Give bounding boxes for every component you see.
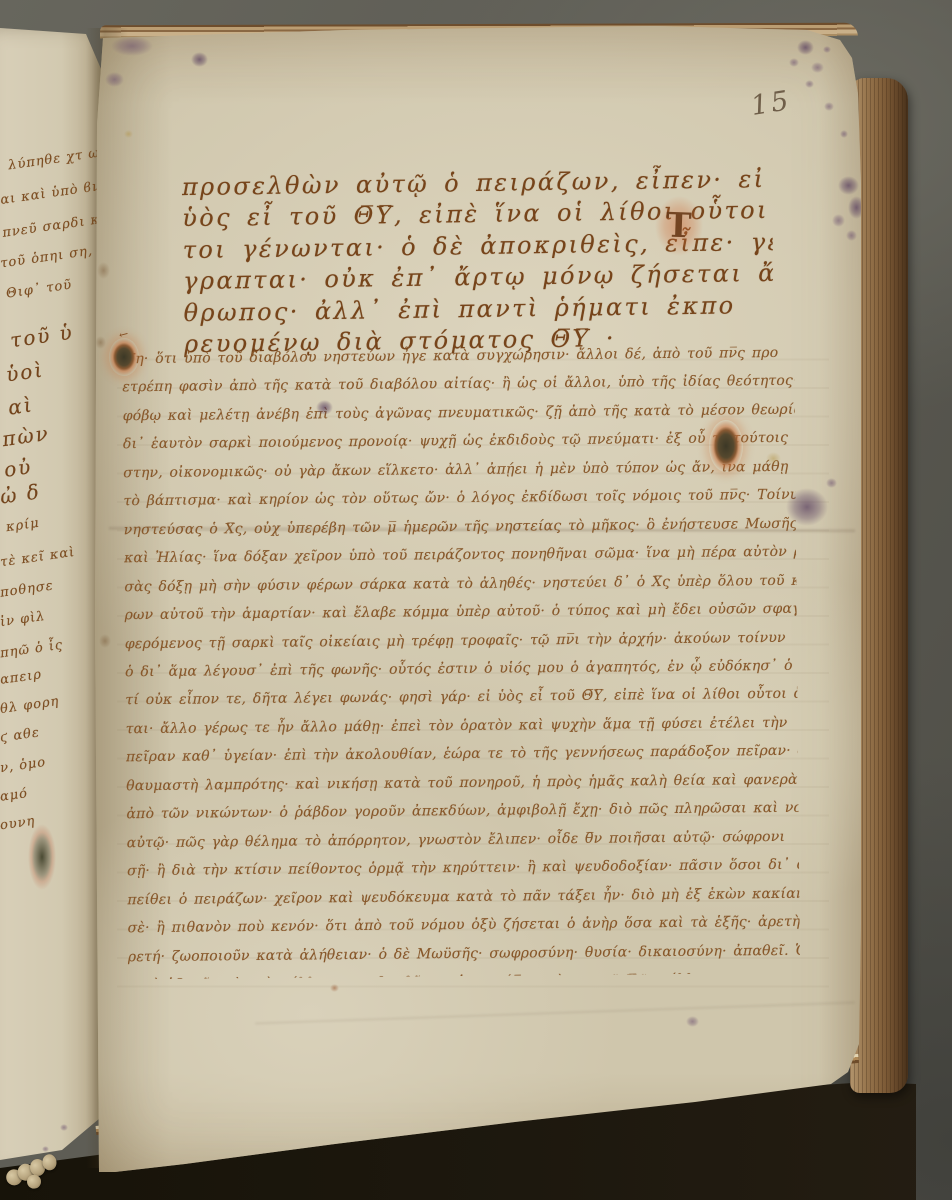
left-page-fragment: απειρ	[0, 667, 43, 688]
mold-stain	[846, 230, 857, 241]
mold-stain	[111, 36, 153, 56]
left-page-fragment: πὼν	[1, 421, 52, 451]
yellow-stain	[124, 130, 133, 138]
tailband	[3, 1148, 73, 1200]
left-page-fragment: θλ φορη	[0, 694, 60, 717]
mold-stain	[840, 130, 848, 138]
manuscript-photo: λύπηθε χτ ω αι καὶ ὑπὸ ϐν πνεῦ σαρδι καὶ…	[0, 0, 952, 1200]
tau-mark: Τ	[666, 206, 693, 247]
folio-number: 15	[749, 85, 794, 122]
gutter-spot	[95, 336, 106, 349]
crease-line	[255, 1002, 855, 1025]
yellow-stain	[766, 452, 781, 465]
burn-hole-left-margin	[109, 338, 139, 376]
tau-blot-stain: Τ	[655, 196, 703, 256]
left-page-fragment: τὲ κεῖ καὶ	[0, 545, 76, 570]
mold-stain	[797, 40, 814, 55]
mold-stain	[60, 1124, 68, 1131]
left-page-fragment: αμό	[0, 786, 29, 805]
gutter-spot	[99, 634, 111, 648]
left-page-fragment: Θιφ᾽ τοῦ	[5, 277, 73, 301]
left-page-fragment: ὠ δ	[0, 479, 42, 508]
commentary-block: ση· ὅτι ὑπὸ τοῦ διαβόλου νηστεύων ἦγε κα…	[122, 337, 800, 979]
rust-speck	[330, 984, 339, 992]
gutter-spot	[97, 262, 110, 279]
right-page: 15 προσελθὼν αὐτῷ ὁ πειράζων, εἶπεν· εἰ …	[95, 24, 865, 1176]
mold-stain	[805, 80, 814, 88]
mold-stain	[826, 478, 837, 488]
mold-stain	[316, 400, 333, 415]
left-page-fragment: ποθησε	[0, 578, 55, 600]
mold-stain	[786, 488, 828, 526]
left-page-fragment: οὐ	[2, 454, 33, 482]
mold-stain	[105, 72, 124, 87]
mold-stain	[191, 52, 208, 67]
left-page-fragment: πηῶ ὁ ἷς	[0, 638, 64, 662]
left-page-fragment: αὶ	[6, 392, 34, 419]
left-page-fragment: ν, ὁμο	[0, 755, 47, 776]
left-page-fragment: τοῦ ὁπηι ση,	[0, 244, 94, 272]
left-page-fragment: ουνη	[0, 814, 36, 834]
left-page-fragment: τοῦ ὑ	[9, 320, 76, 353]
mold-stain	[686, 1016, 699, 1027]
burn-hole-right-margin	[709, 420, 743, 472]
mold-stain	[824, 102, 834, 111]
left-page-fragment: ἰν φὶλ	[0, 609, 46, 630]
left-page-fragment: ϛ αθε	[0, 725, 41, 745]
mold-stain	[789, 58, 799, 67]
ink-blot-stain	[28, 824, 56, 890]
left-page-fragment: ὑοὶ	[5, 357, 46, 386]
left-page-fragment: κρίμ	[5, 516, 40, 536]
mold-stain	[838, 176, 859, 195]
mold-stain	[832, 214, 845, 227]
mold-stain	[823, 46, 831, 53]
mold-stain	[811, 62, 824, 73]
